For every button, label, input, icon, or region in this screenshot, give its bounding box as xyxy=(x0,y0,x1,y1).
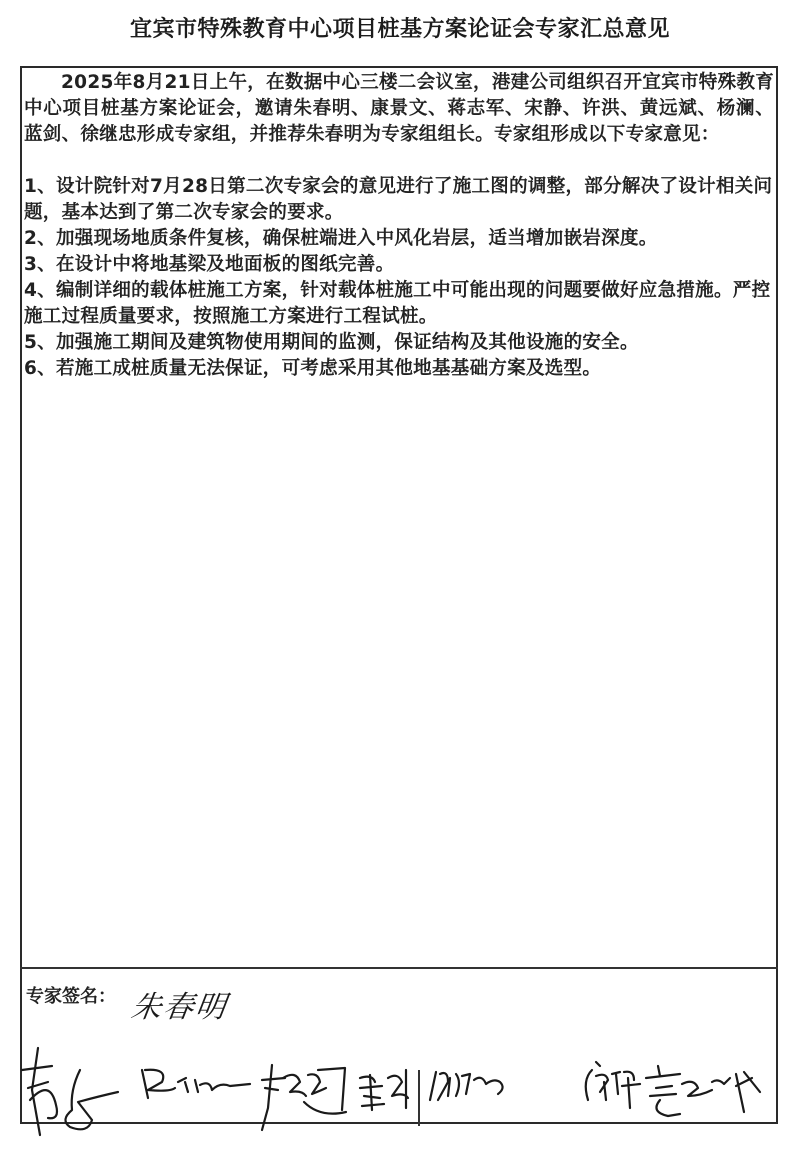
intro-paragraph: 2025年8月21日上午，在数据中心三楼二会议室，港建公司组织召开宜宾市特殊教育… xyxy=(24,70,774,148)
opinion-item-4: 4、编制详细的载体桩施工方案，针对载体桩施工中可能出现的问题要做好应急措施。严控… xyxy=(24,278,774,330)
opinion-content: 2025年8月21日上午，在数据中心三楼二会议室，港建公司组织召开宜宾市特殊教育… xyxy=(24,70,774,382)
opinion-item-2: 2、加强现场地质条件复核，确保桩端进入中风化岩层，适当增加嵌岩深度。 xyxy=(24,226,774,252)
document-title: 宜宾市特殊教育中心项目桩基方案论证会专家汇总意见 xyxy=(0,12,800,43)
opinion-item-1: 1、设计院针对7月28日第二次专家会的意见进行了施工图的调整，部分解决了设计相关… xyxy=(24,174,774,226)
opinion-item-5: 5、加强施工期间及建筑物使用期间的监测，保证结构及其他设施的安全。 xyxy=(24,330,774,356)
signature-divider xyxy=(20,967,778,969)
opinion-item-3: 3、在设计中将地基梁及地面板的图纸完善。 xyxy=(24,252,774,278)
opinion-item-6: 6、若施工成桩质量无法保证，可考虑采用其他地基基础方案及选型。 xyxy=(24,356,774,382)
handwritten-signatures-icon xyxy=(0,1030,800,1163)
signature-label: 专家签名： xyxy=(26,982,116,1008)
blank-line xyxy=(24,148,774,174)
lead-expert-signature: 朱春明 xyxy=(129,982,231,1026)
